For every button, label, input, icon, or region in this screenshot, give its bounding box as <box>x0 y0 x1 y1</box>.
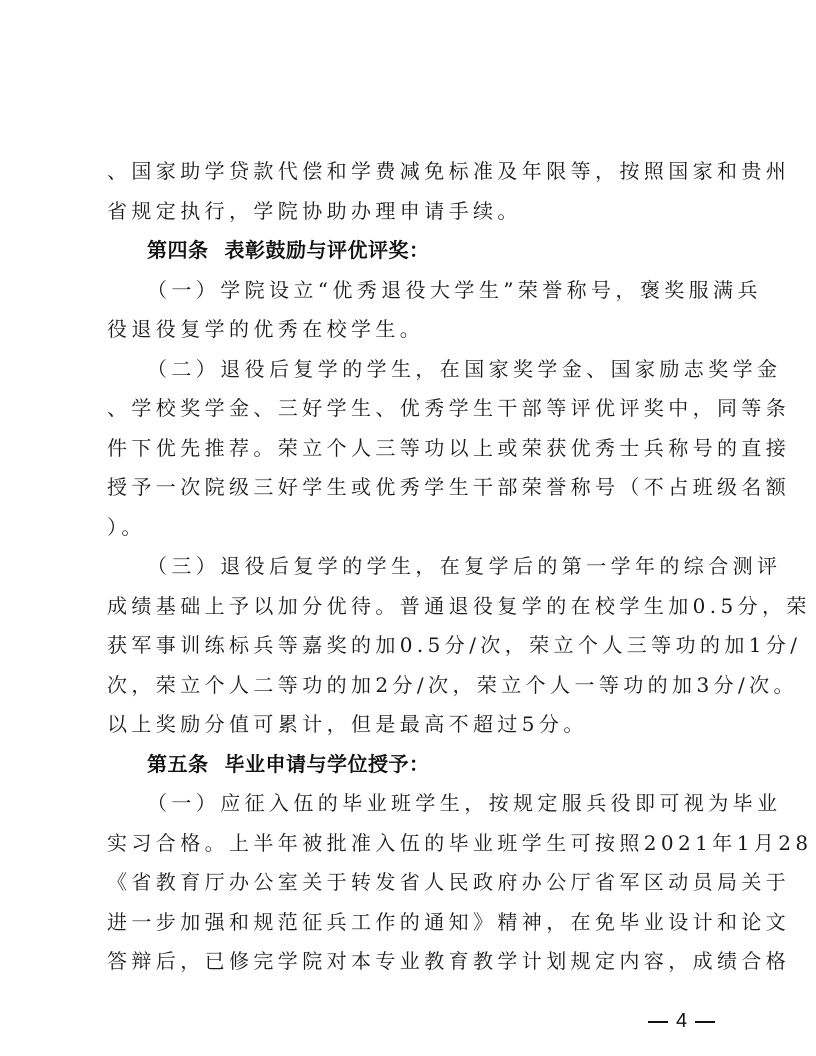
dash-decoration <box>695 1021 715 1023</box>
paragraph-line: （二）退役后复学的学生，在国家奖学金、国家励志奖学金 <box>147 354 717 384</box>
paragraph-line: 《省教育厅办公室关于转发省人民政府办公厅省军区动员局关于 <box>107 867 717 897</box>
paragraph-line: 役退役复学的优秀在校学生。 <box>107 314 717 344</box>
paragraph-line: 、学校奖学金、三好学生、优秀学生干部等评优评奖中，同等条 <box>107 393 717 423</box>
page-number: 4 <box>676 1010 687 1032</box>
article-heading-4: 第四条表彰鼓励与评优评奖： <box>147 235 717 265</box>
paragraph-line: 、国家助学贷款代偿和学费减免标准及年限等，按照国家和贵州 <box>107 156 717 186</box>
paragraph-line: 以上奖励分值可累计，但是最高不超过5分。 <box>107 709 717 739</box>
document-page: 、国家助学贷款代偿和学费减免标准及年限等，按照国家和贵州 省规定执行，学院协助办… <box>0 0 816 1056</box>
paragraph-line: （一）学院设立“优秀退役大学生”荣誉称号，褒奖服满兵 <box>147 275 717 305</box>
article-heading-5: 第五条毕业申请与学位授予： <box>147 749 717 779</box>
page-footer: 4 <box>640 1010 723 1033</box>
paragraph-line: （一）应征入伍的毕业班学生，按规定服兵役即可视为毕业 <box>147 788 717 818</box>
paragraph-line: 答辩后，已修完学院对本专业教育教学计划规定内容，成绩合格 <box>107 946 717 976</box>
dash-decoration <box>648 1021 668 1023</box>
paragraph-line: 次，荣立个人二等功的加2分/次，荣立个人一等功的加3分/次。 <box>107 670 717 700</box>
article-number: 第四条 <box>147 238 209 262</box>
paragraph-line: 进一步加强和规范征兵工作的通知》精神，在免毕业设计和论文 <box>107 907 717 937</box>
paragraph-line: 授予一次院级三好学生或优秀学生干部荣誉称号（不占班级名额 <box>107 472 717 502</box>
paragraph-line: 实习合格。上半年被批准入伍的毕业班学生可按照2021年1月28日 <box>107 828 717 858</box>
paragraph-line: 成绩基础上予以加分优待。普通退役复学的在校学生加0.5分，荣 <box>107 591 717 621</box>
paragraph-line: 省规定执行，学院协助办理申请手续。 <box>107 196 717 226</box>
article-title: 毕业申请与学位授予： <box>225 752 430 776</box>
article-number: 第五条 <box>147 752 209 776</box>
article-title: 表彰鼓励与评优评奖： <box>225 238 430 262</box>
paragraph-line: 获军事训练标兵等嘉奖的加0.5分/次，荣立个人三等功的加1分/ <box>107 630 717 660</box>
paragraph-line: 件下优先推荐。荣立个人三等功以上或荣获优秀士兵称号的直接 <box>107 433 717 463</box>
paragraph-line: ）。 <box>107 512 717 542</box>
paragraph-line: （三）退役后复学的学生，在复学后的第一学年的综合测评 <box>147 551 717 581</box>
